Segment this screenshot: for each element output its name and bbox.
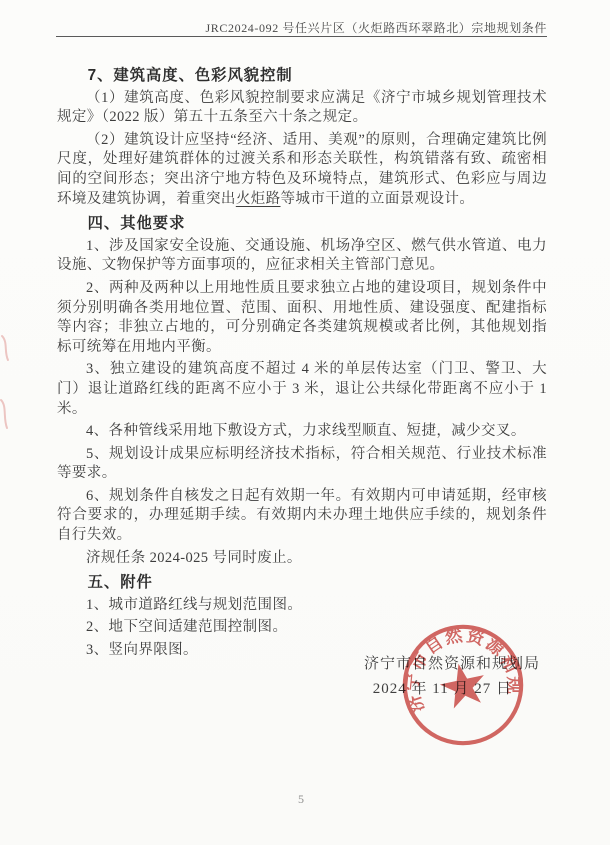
document-body: 7、建筑高度、色彩风貌控制 （1）建筑高度、色彩风貌控制要求应满足《济宁市城乡规… bbox=[57, 66, 547, 661]
other-requirement-item: 5、规划设计成果应标明经济技术指标，符合相关规范、行业技术标准等要求。 bbox=[57, 445, 547, 484]
section-4-heading: 四、其他要求 bbox=[57, 214, 547, 234]
repeal-note: 济规任条 2024-025 号同时废止。 bbox=[57, 549, 547, 569]
official-seal: 济宁市自然资源和规划局 bbox=[381, 603, 545, 767]
document-header-title: JRC2024-092 号任兴片区（火炬路西环翠路北）宗地规划条件 bbox=[57, 19, 547, 36]
section-7-heading: 7、建筑高度、色彩风貌控制 bbox=[57, 66, 547, 86]
document-page: JRC2024-092 号任兴片区（火炬路西环翠路北）宗地规划条件 7、建筑高度… bbox=[0, 0, 610, 845]
section-5-heading: 五、附件 bbox=[57, 573, 547, 593]
other-requirement-item: 3、独立建设的建筑高度不超过 4 米的单层传达室（门卫、警卫、大门）退让道路红线… bbox=[57, 360, 547, 419]
header-divider bbox=[56, 36, 547, 37]
left-edge-red-mark bbox=[0, 332, 14, 432]
paragraph-7-1: （1）建筑高度、色彩风貌控制要求应满足《济宁市城乡规划管理技术规定》（2022 … bbox=[57, 89, 547, 128]
other-requirement-item: 1、涉及国家安全设施、交通设施、机场净空区、燃气供水管道、电力设施、文物保护等方… bbox=[57, 237, 547, 276]
seal-star-icon bbox=[437, 659, 490, 710]
page-number: 5 bbox=[0, 792, 602, 807]
underlined-road-name: 火炬路 bbox=[236, 191, 281, 207]
other-requirement-item: 4、各种管线采用地下敷设方式，力求线型顺直、短捷，减少交叉。 bbox=[57, 422, 547, 442]
other-requirement-item: 2、两种及两种以上用地性质且要求独立占地的建设项目，规划条件中须分别明确各类用地… bbox=[57, 279, 547, 357]
other-requirement-item: 6、规划条件自核发之日起有效期一年。有效期内可申请延期，经审核符合要求的，办理延… bbox=[57, 487, 547, 546]
paragraph-7-2: （2）建筑设计应坚持“经济、适用、美观”的原则，合理确定建筑比例尺度，处理好建筑… bbox=[57, 131, 547, 209]
paragraph-7-2-tail: 等城市干道的立面景观设计。 bbox=[281, 191, 475, 207]
